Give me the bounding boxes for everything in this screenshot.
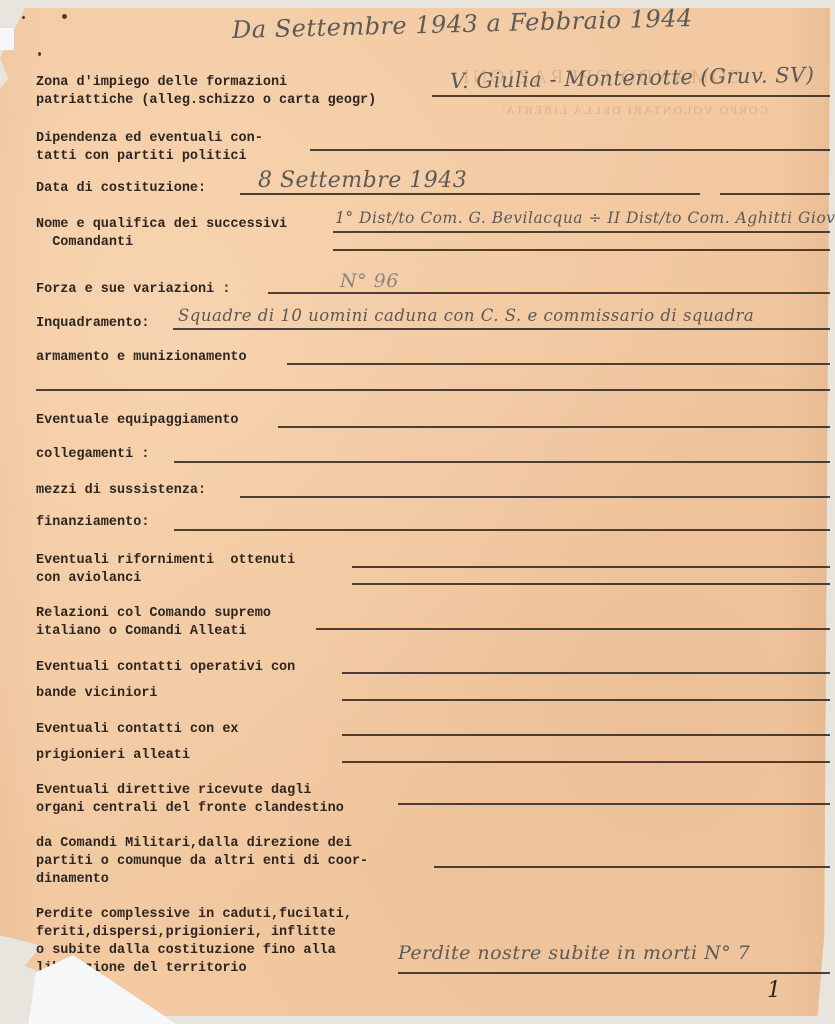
fill-line xyxy=(36,389,830,391)
fill-line xyxy=(352,583,830,585)
label-relazioni-comando: Relazioni col Comando supremo italiano o… xyxy=(36,605,271,641)
label-inquadramento: Inquadramento: xyxy=(36,315,149,333)
fill-line xyxy=(240,193,700,195)
fill-line xyxy=(333,249,830,251)
label-collegamenti: collegamenti : xyxy=(36,446,149,464)
fill-line xyxy=(310,149,830,151)
page-number: 1 xyxy=(767,978,781,1003)
fill-line xyxy=(333,231,830,233)
label-forza: Forza e sue variazioni : xyxy=(36,281,230,299)
fill-line xyxy=(432,95,830,97)
fill-line xyxy=(268,292,830,294)
paper-notch xyxy=(0,28,14,50)
fill-line xyxy=(352,566,830,568)
label-armamento: armamento e munizionamento xyxy=(36,349,247,367)
fill-line xyxy=(174,529,830,531)
label-bande-viciniori: bande viciniori xyxy=(36,685,158,703)
label-mezzi-sussistenza: mezzi di sussistenza: xyxy=(36,482,206,500)
fill-line xyxy=(173,328,830,330)
fill-line xyxy=(434,866,830,868)
label-contatti-ex: Eventuali contatti con ex xyxy=(36,721,239,739)
bleed-through-subtitle: CORPO VOLONTARI DELLA LIBERTA' xyxy=(500,103,768,118)
label-zona-impiego: Zona d'impiego delle formazioni patriatt… xyxy=(36,74,376,110)
fill-line xyxy=(342,699,830,701)
label-data-costituzione: Data di costituzione: xyxy=(36,180,206,198)
fill-line xyxy=(342,761,830,763)
fill-line xyxy=(720,193,830,195)
label-contatti-operativi: Eventuali contatti operativi con xyxy=(36,659,295,677)
fill-line xyxy=(342,734,830,736)
label-comandanti: Nome e qualifica dei successivi Comandan… xyxy=(36,216,287,252)
value-forza: N° 96 xyxy=(340,270,399,292)
value-perdite: Perdite nostre subite in morti N° 7 xyxy=(398,942,750,964)
label-prigionieri-alleati: prigionieri alleati xyxy=(36,747,190,765)
paper-speck xyxy=(62,14,67,19)
label-rifornimenti: Eventuali rifornimenti ottenuti con avio… xyxy=(36,552,295,588)
value-data-costituzione: 8 Settembre 1943 xyxy=(258,168,467,193)
fill-line xyxy=(174,461,830,463)
fill-line xyxy=(342,672,830,674)
value-comandanti: 1° Dist/to Com. G. Bevilacqua ÷ II Dist/… xyxy=(335,209,835,227)
label-comandi-militari: da Comandi Militari,dalla direzione dei … xyxy=(36,835,368,889)
fill-line xyxy=(316,628,830,630)
paper-speck xyxy=(22,16,25,19)
fill-line xyxy=(240,496,830,498)
label-dipendenza: Dipendenza ed eventuali con- tatti con p… xyxy=(36,130,263,166)
value-inquadramento: Squadre di 10 uomini caduna con C. S. e … xyxy=(178,306,754,325)
fill-line xyxy=(278,426,830,428)
label-equipaggiamento: Eventuale equipaggiamento xyxy=(36,412,239,430)
fill-line xyxy=(398,972,830,974)
paper-speck xyxy=(38,52,41,56)
label-direttive: Eventuali direttive ricevute dagli organ… xyxy=(36,782,344,818)
fill-line xyxy=(398,803,830,805)
label-finanziamento: finanziamento: xyxy=(36,514,149,532)
fill-line xyxy=(287,363,830,365)
